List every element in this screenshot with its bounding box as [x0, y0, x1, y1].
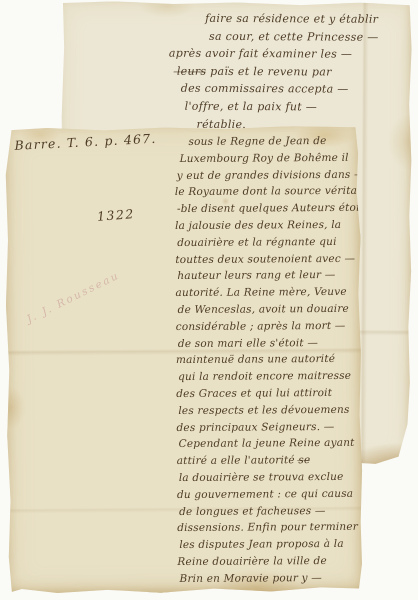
- front-page: Barre. T. 6. p. 467. 1322 J. J. Rousseau…: [4, 126, 363, 594]
- source-citation-note: Barre. T. 6. p. 467.: [14, 129, 185, 153]
- handwritten-line: Brin en Moravie pour y —: [179, 569, 363, 587]
- handwritten-line: autorité. La Reine mère, Veuve: [175, 284, 361, 302]
- handwritten-line: sous le Regne de Jean de: [188, 133, 360, 151]
- handwritten-line: qui la rendoit encore maitresse: [178, 368, 362, 386]
- pencil-inscription: J. J. Rousseau: [25, 244, 174, 326]
- handwritten-line: -ble disent quelques Auteurs étoit —: [177, 200, 361, 218]
- handwritten-line: l̶e̶u̶r̶s̶ païs et le revenu par: [177, 62, 405, 81]
- handwritten-line: de son mari elle s'étoit —: [178, 334, 362, 352]
- handwritten-line: maintenuë dans une autorité: [176, 351, 362, 369]
- handwritten-line: des commissaires accepta —: [181, 80, 405, 99]
- handwritten-line: attiré a elle l'autorité s̶e̶: [177, 452, 363, 470]
- handwritten-line: considérable ; après la mort —: [176, 318, 362, 336]
- handwritten-line: le Royaume dont la source vérita-: [175, 183, 361, 201]
- handwritten-line: la jalousie des deux Reines, la: [175, 217, 361, 235]
- handwritten-line: Cependant la jeune Reine ayant: [179, 435, 363, 453]
- handwritten-line: sa cour, et cette Princesse —: [209, 27, 405, 46]
- handwritten-line: de longues et facheuses —: [179, 502, 363, 520]
- handwritten-line: touttes deux soutenoient avec —: [175, 250, 361, 268]
- handwritten-line: Luxembourg Roy de Bohême il: [180, 150, 361, 168]
- handwritten-line: la douairière se trouva exclue: [179, 469, 363, 487]
- year-note: 1322: [96, 206, 135, 224]
- handwritten-line: des principaux Seigneurs. —: [176, 418, 362, 436]
- handwritten-line: douairière et la régnante qui: [177, 234, 361, 252]
- handwritten-line: y eut de grandes divisions dans —: [177, 166, 361, 184]
- handwritten-line: Reine douairière la ville de: [177, 553, 363, 571]
- handwritten-line: les disputes Jean proposa à la: [179, 536, 363, 554]
- front-page-text: sous le Regne de Jean deLuxembourg Roy d…: [174, 133, 363, 588]
- handwritten-line: hauteur leurs rang et leur —: [177, 267, 361, 285]
- handwritten-line: de Wenceslas, avoit un douaire: [178, 301, 362, 319]
- handwritten-line: après avoir fait éxaminer les —: [169, 45, 405, 64]
- handwritten-line: du gouvernement : ce qui causa: [177, 485, 363, 503]
- handwritten-line: faire sa résidence et y établir: [205, 10, 405, 29]
- handwritten-line: les respects et les dévouemens: [178, 402, 362, 420]
- handwritten-line: l'offre, et la paix fut —: [185, 98, 405, 117]
- handwritten-line: des Graces et qui lui attiroit: [176, 385, 362, 403]
- manuscript-scan: faire sa résidence et y établirsa cour, …: [0, 0, 418, 600]
- back-page-text: faire sa résidence et y établirsa cour, …: [159, 10, 406, 134]
- handwritten-line: dissensions. Enfin pour terminer: [177, 519, 363, 537]
